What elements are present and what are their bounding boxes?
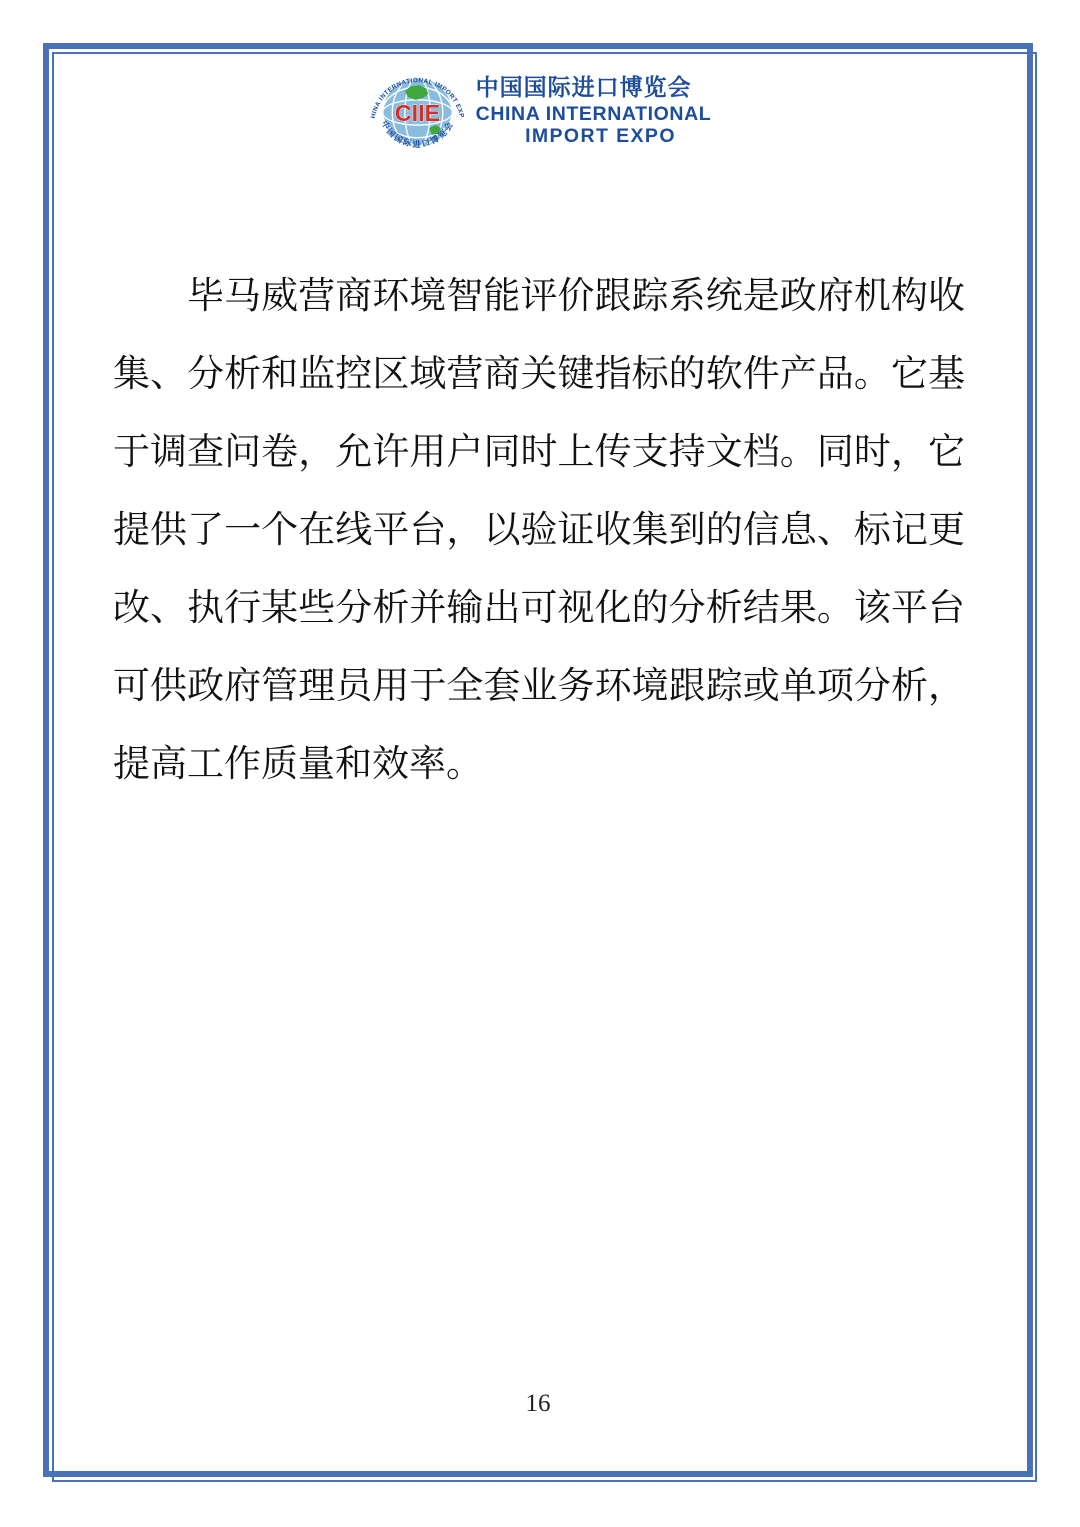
header-title-english-line2: IMPORT EXPO xyxy=(476,125,712,147)
paragraph-line: 改、执行某些分析并输出可视化的分析结果。该平台 xyxy=(113,569,965,647)
logo-acronym: CIIE xyxy=(395,100,440,126)
paragraph-line: 提高工作质量和效率。 xyxy=(113,725,965,803)
page-number: 16 xyxy=(0,1390,1076,1418)
header-title-chinese: 中国国际进口博览会 xyxy=(476,74,712,101)
paragraph-line: 于调查问卷，允许用户同时上传支持文档。同时，它 xyxy=(113,413,965,491)
ciie-logo: CIIE CHINA INTERNATIONAL IMPORT EXPO 中国国… xyxy=(369,62,466,159)
paragraph-line: 可供政府管理员用于全套业务环境跟踪或单项分析， xyxy=(113,647,965,725)
header: CIIE CHINA INTERNATIONAL IMPORT EXPO 中国国… xyxy=(0,62,1080,159)
header-title-english-line1: CHINA INTERNATIONAL xyxy=(476,103,712,125)
document-page: CIIE CHINA INTERNATIONAL IMPORT EXPO 中国国… xyxy=(0,0,1080,1527)
ciie-logo-icon: CIIE CHINA INTERNATIONAL IMPORT EXPO 中国国… xyxy=(369,62,466,159)
body-paragraph: 毕马威营商环境智能评价跟踪系统是政府机构收 集、分析和监控区域营商关键指标的软件… xyxy=(113,257,965,803)
header-wordmark: 中国国际进口博览会 CHINA INTERNATIONAL IMPORT EXP… xyxy=(476,74,712,147)
paragraph-line: 集、分析和监控区域营商关键指标的软件产品。它基 xyxy=(113,335,965,413)
paragraph-line: 毕马威营商环境智能评价跟踪系统是政府机构收 xyxy=(113,257,965,335)
paragraph-line: 提供了一个在线平台，以验证收集到的信息、标记更 xyxy=(113,491,965,569)
